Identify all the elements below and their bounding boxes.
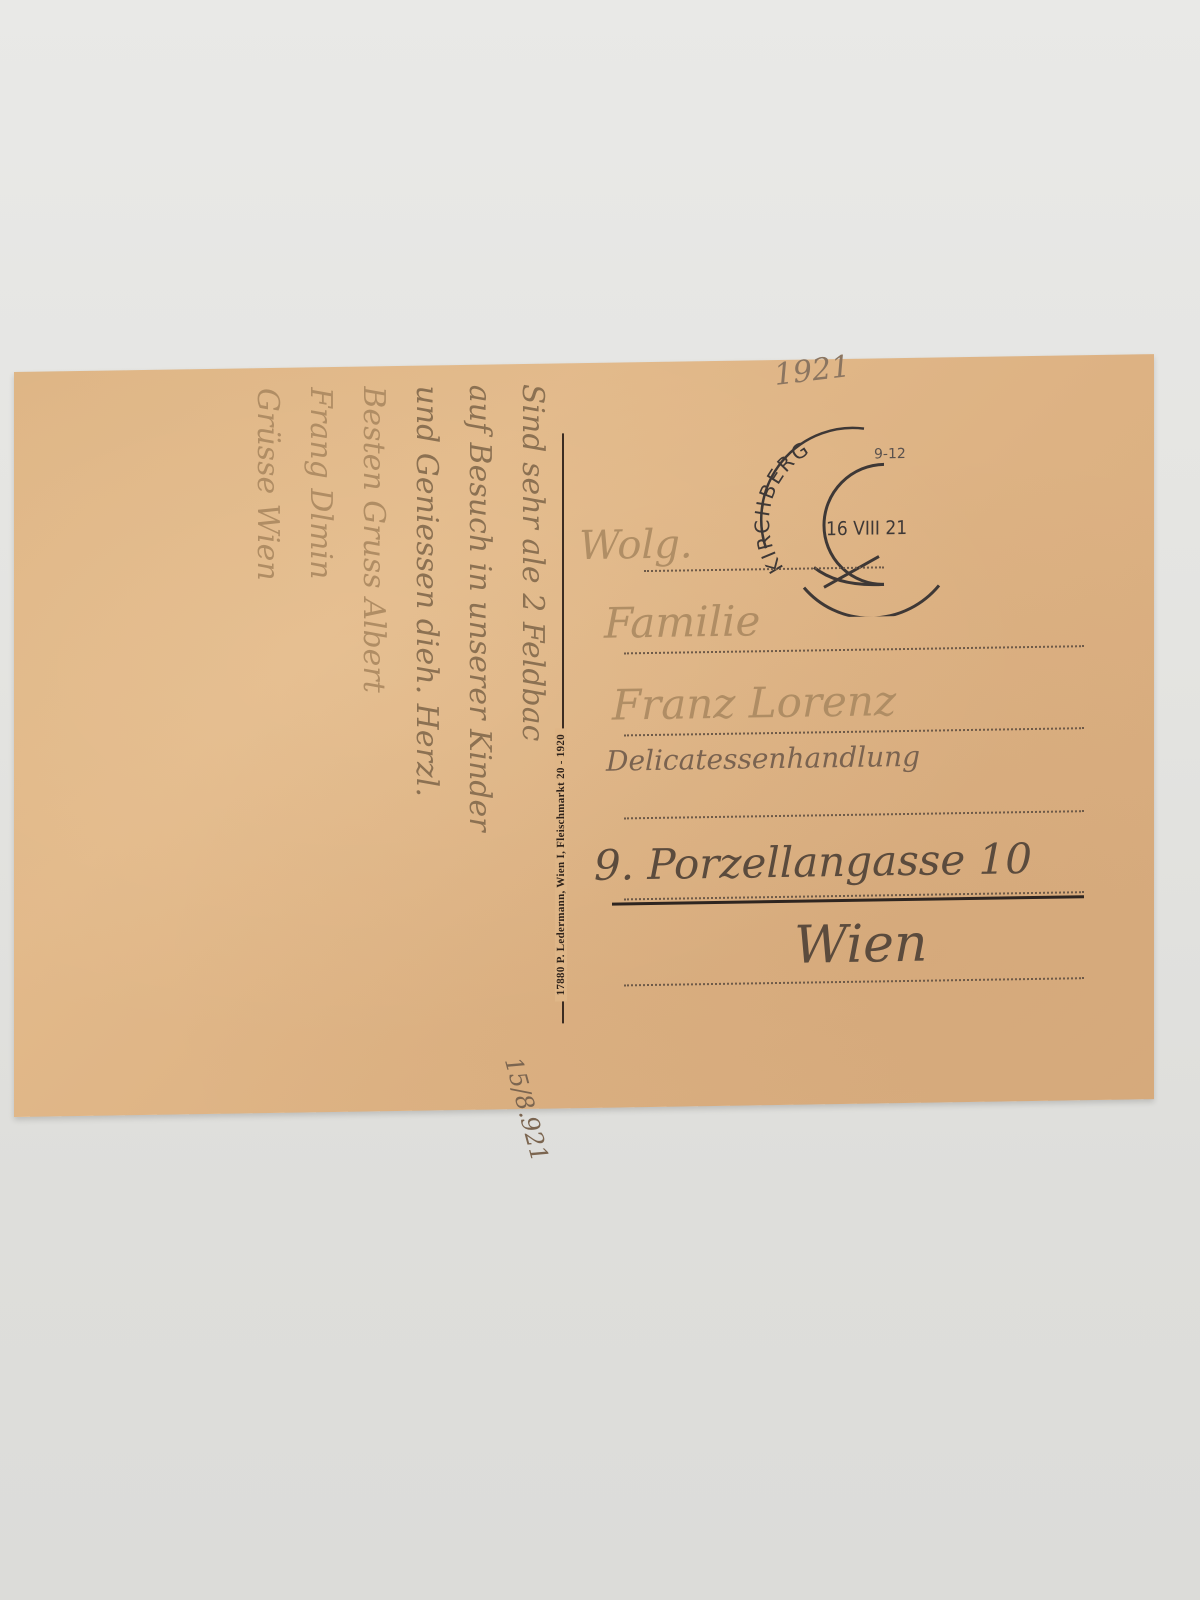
paper-texture <box>14 354 1154 1117</box>
handwritten-message: Sind sehr ale 2 Feldbac auf Besuch in un… <box>241 383 559 1088</box>
svg-text:KIRCHBERG: KIRCHBERG <box>750 436 814 579</box>
address-line-4: 9. Porzellangasse 10 <box>594 834 1032 890</box>
publisher-imprint: 17880 P. Ledermann, Wien I, Fleischmarkt… <box>555 728 567 1002</box>
message-line: Grüsse Wien <box>241 388 294 1089</box>
message-line: Sind sehr ale 2 Feldbac <box>506 383 559 1084</box>
message-line: auf Besuch in unserer Kinder <box>453 384 506 1085</box>
message-line: und Geniessen dieh. Herzl. <box>400 385 453 1086</box>
postmark-stamp: KIRCHBERG 9-12 16 VIII 21 <box>744 415 944 618</box>
postmark-date: 16 VIII 21 <box>826 517 907 540</box>
address-line-3: Delicatessenhandlung <box>606 740 920 778</box>
message-line: Frang Dlmin <box>294 387 347 1088</box>
message-line: Besten Gruss Albert <box>347 386 400 1087</box>
postmark-time: 9-12 <box>874 446 906 462</box>
address-line-1: Familie <box>604 596 760 647</box>
address-line-2: Franz Lorenz <box>612 676 896 729</box>
address-salutation: Wolg. <box>579 521 693 569</box>
postmark-town: KIRCHBERG <box>750 436 814 579</box>
address-city: Wien <box>794 914 927 976</box>
postcard: Sind sehr ale 2 Feldbac auf Besuch in un… <box>14 354 1154 1117</box>
